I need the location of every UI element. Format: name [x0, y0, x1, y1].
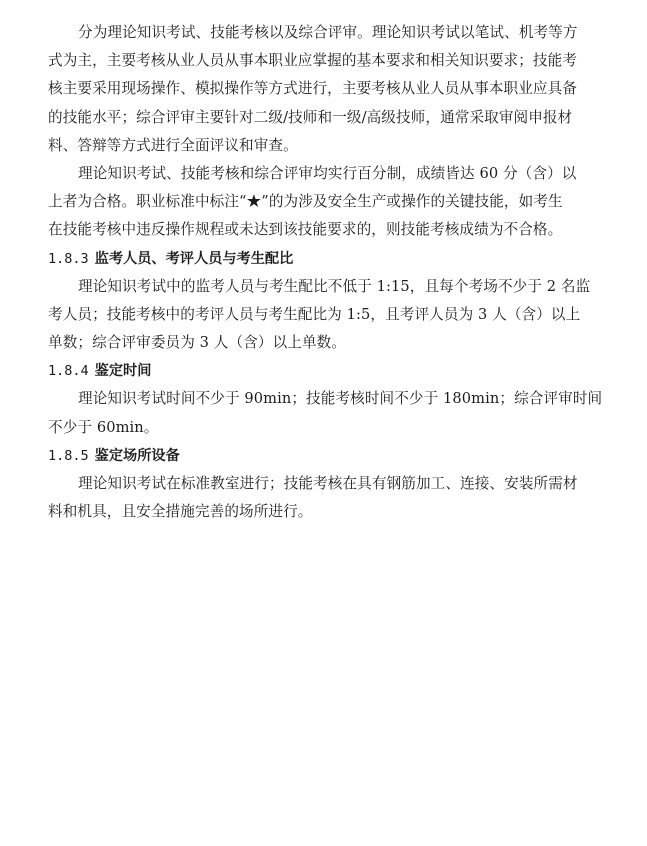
text-line: 在技能考核中违反操作规程或未达到该技能要求的，则技能考核成绩为不合格。 — [48, 216, 572, 244]
section-title: 鉴定时间 — [95, 363, 152, 379]
paragraph-venue-equipment: 理论知识考试在标准教室进行；技能考核在具有钢筋加工、连接、安装所需材 料和机具，… — [48, 470, 572, 526]
section-number: 1.8.3 — [48, 251, 89, 267]
text-line: 理论知识考试在标准教室进行；技能考核在具有钢筋加工、连接、安装所需材 — [48, 470, 572, 498]
text-line: 理论知识考试时间不少于 90min；技能考核时间不少于 180min；综合评审时… — [48, 385, 572, 413]
section-heading-venue-equipment: 1.8.5鉴定场所设备 — [48, 442, 572, 470]
text-line: 式为主，主要考核从业人员从事本职业应掌握的基本要求和相关知识要求；技能考 — [48, 47, 572, 75]
paragraph-assessment-time: 理论知识考试时间不少于 90min；技能考核时间不少于 180min；综合评审时… — [48, 385, 572, 441]
text-line: 料和机具，且安全措施完善的场所进行。 — [48, 498, 572, 526]
text-line: 理论知识考试中的监考人员与考生配比不低于 1:15，且每个考场不少于 2 名监 — [48, 273, 572, 301]
paragraph-assessment-methods: 分为理论知识考试、技能考核以及综合评审。理论知识考试以笔试、机考等方 式为主，主… — [48, 19, 572, 160]
text-line: 的技能水平；综合评审主要针对二级/技师和一级/高级技师，通常采取审阅申报材 — [48, 104, 572, 132]
text-line: 核主要采用现场操作、模拟操作等方式进行，主要考核从业人员从事本职业应具备 — [48, 75, 572, 103]
text-line: 单数；综合评审委员为 3 人（含）以上单数。 — [48, 329, 572, 357]
paragraph-staff-ratio: 理论知识考试中的监考人员与考生配比不低于 1:15，且每个考场不少于 2 名监 … — [48, 273, 572, 358]
section-title: 监考人员、考评人员与考生配比 — [95, 251, 294, 267]
document-page: 分为理论知识考试、技能考核以及综合评审。理论知识考试以笔试、机考等方 式为主，主… — [48, 19, 572, 526]
section-heading-staff-ratio: 1.8.3监考人员、考评人员与考生配比 — [48, 245, 572, 273]
paragraph-scoring: 理论知识考试、技能考核和综合评审均实行百分制，成绩皆达 60 分（含）以 上者为… — [48, 160, 572, 245]
text-line: 理论知识考试、技能考核和综合评审均实行百分制，成绩皆达 60 分（含）以 — [48, 160, 572, 188]
section-title: 鉴定场所设备 — [95, 448, 180, 464]
text-line: 料、答辩等方式进行全面评议和审查。 — [48, 132, 572, 160]
section-number: 1.8.5 — [48, 448, 89, 464]
section-heading-assessment-time: 1.8.4鉴定时间 — [48, 357, 572, 385]
text-line: 考人员；技能考核中的考评人员与考生配比为 1:5，且考评人员为 3 人（含）以上 — [48, 301, 572, 329]
text-line: 分为理论知识考试、技能考核以及综合评审。理论知识考试以笔试、机考等方 — [48, 19, 572, 47]
section-number: 1.8.4 — [48, 363, 89, 379]
text-line: 上者为合格。职业标准中标注“★”的为涉及安全生产或操作的关键技能，如考生 — [48, 188, 572, 216]
text-line: 不少于 60min。 — [48, 414, 572, 442]
